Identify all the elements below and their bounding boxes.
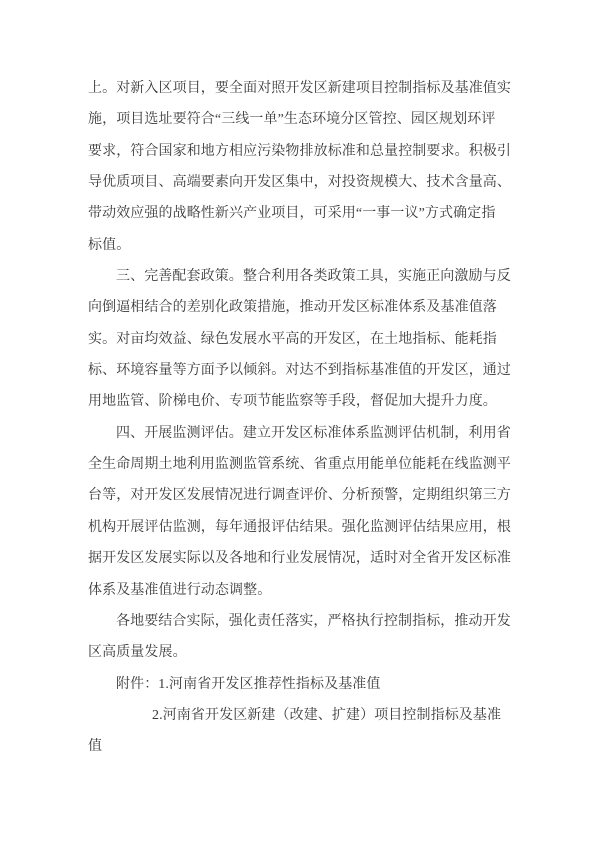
text-line: 要求，符合国家和地方相应污染物排放标准和总量控制要求。积极引	[88, 136, 518, 167]
text-line: 标、环境容量等方面予以倾斜。对达不到指标基准值的开发区，通过	[88, 355, 518, 386]
document-page: 上。对新入区项目，要全面对照开发区新建项目控制指标及基准值实施，项目选址要符合“…	[0, 0, 595, 841]
text-line: 带动效应强的战略性新兴产业项目，可采用“一事一议”方式确定指	[88, 198, 518, 229]
text-line: 据开发区发展实际以及各地和行业发展情况，适时对全省开发区标准	[88, 543, 518, 574]
text-line: 区高质量发展。	[88, 637, 518, 668]
text-line: 体系及基准值进行动态调整。	[88, 575, 518, 606]
text-line: 用地监管、阶梯电价、专项节能监察等手段，督促加大提升力度。	[88, 386, 518, 417]
text-line: 四、开展监测评估。建立开发区标准体系监测评估机制，利用省	[88, 418, 518, 449]
text-line: 导优质项目、高端要素向开发区集中，对投资规模大、技术含量高、	[88, 167, 518, 198]
text-line: 向倒逼相结合的差别化政策措施，推动开发区标准体系及基准值落	[88, 292, 518, 323]
text-line: 三、完善配套政策。整合利用各类政策工具，实施正向激励与反	[88, 261, 518, 292]
text-line: 上。对新入区项目，要全面对照开发区新建项目控制指标及基准值实	[88, 73, 518, 104]
text-line: 各地要结合实际，强化责任落实，严格执行控制指标，推动开发	[88, 606, 518, 637]
text-line: 全生命周期土地利用监测监管系统、省重点用能单位能耗在线监测平	[88, 449, 518, 480]
text-line: 2.河南省开发区新建（改建、扩建）项目控制指标及基准	[88, 700, 518, 731]
text-line: 标值。	[88, 230, 518, 261]
text-line: 施，项目选址要符合“三线一单”生态环境分区管控、园区规划环评	[88, 104, 518, 135]
text-line: 附件：1.河南省开发区推荐性指标及基准值	[88, 669, 518, 700]
document-text-block: 上。对新入区项目，要全面对照开发区新建项目控制指标及基准值实施，项目选址要符合“…	[88, 73, 518, 763]
text-line: 值	[88, 731, 518, 762]
text-line: 机构开展评估监测，每年通报评估结果。强化监测评估结果应用，根	[88, 512, 518, 543]
text-line: 台等，对开发区发展情况进行调查评价、分析预警，定期组织第三方	[88, 480, 518, 511]
text-line: 实。对亩均效益、绿色发展水平高的开发区，在土地指标、能耗指	[88, 324, 518, 355]
